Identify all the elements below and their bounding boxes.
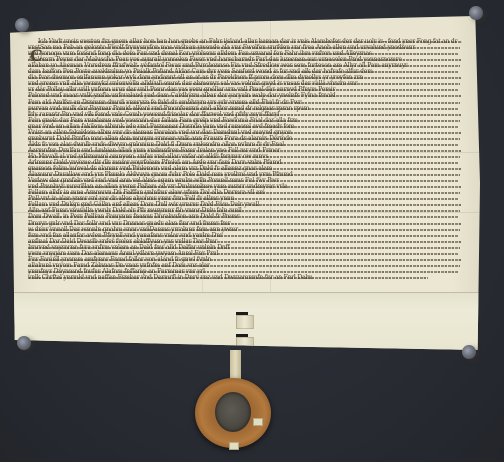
text-line: vnlk Chrftal ynrmld vnd naffan Frmbar vn… — [28, 274, 428, 281]
magnet-top-left — [15, 18, 29, 32]
seal-tag-loop — [236, 315, 254, 329]
parchment-charter: C Ich Vndt vnsir ewsten frz gnom allar h… — [10, 16, 480, 350]
charter-text: Ich Vndt vnsir ewsten frz gnom allar hon… — [28, 38, 468, 280]
seal-impression — [215, 392, 251, 432]
magnet-bottom-left — [17, 336, 31, 350]
seal-tag-end — [253, 418, 263, 426]
seal-tag-end — [229, 442, 239, 450]
magnet-bottom-right — [462, 345, 476, 359]
wax-seal — [195, 378, 271, 448]
magnet-top-right — [469, 6, 483, 20]
